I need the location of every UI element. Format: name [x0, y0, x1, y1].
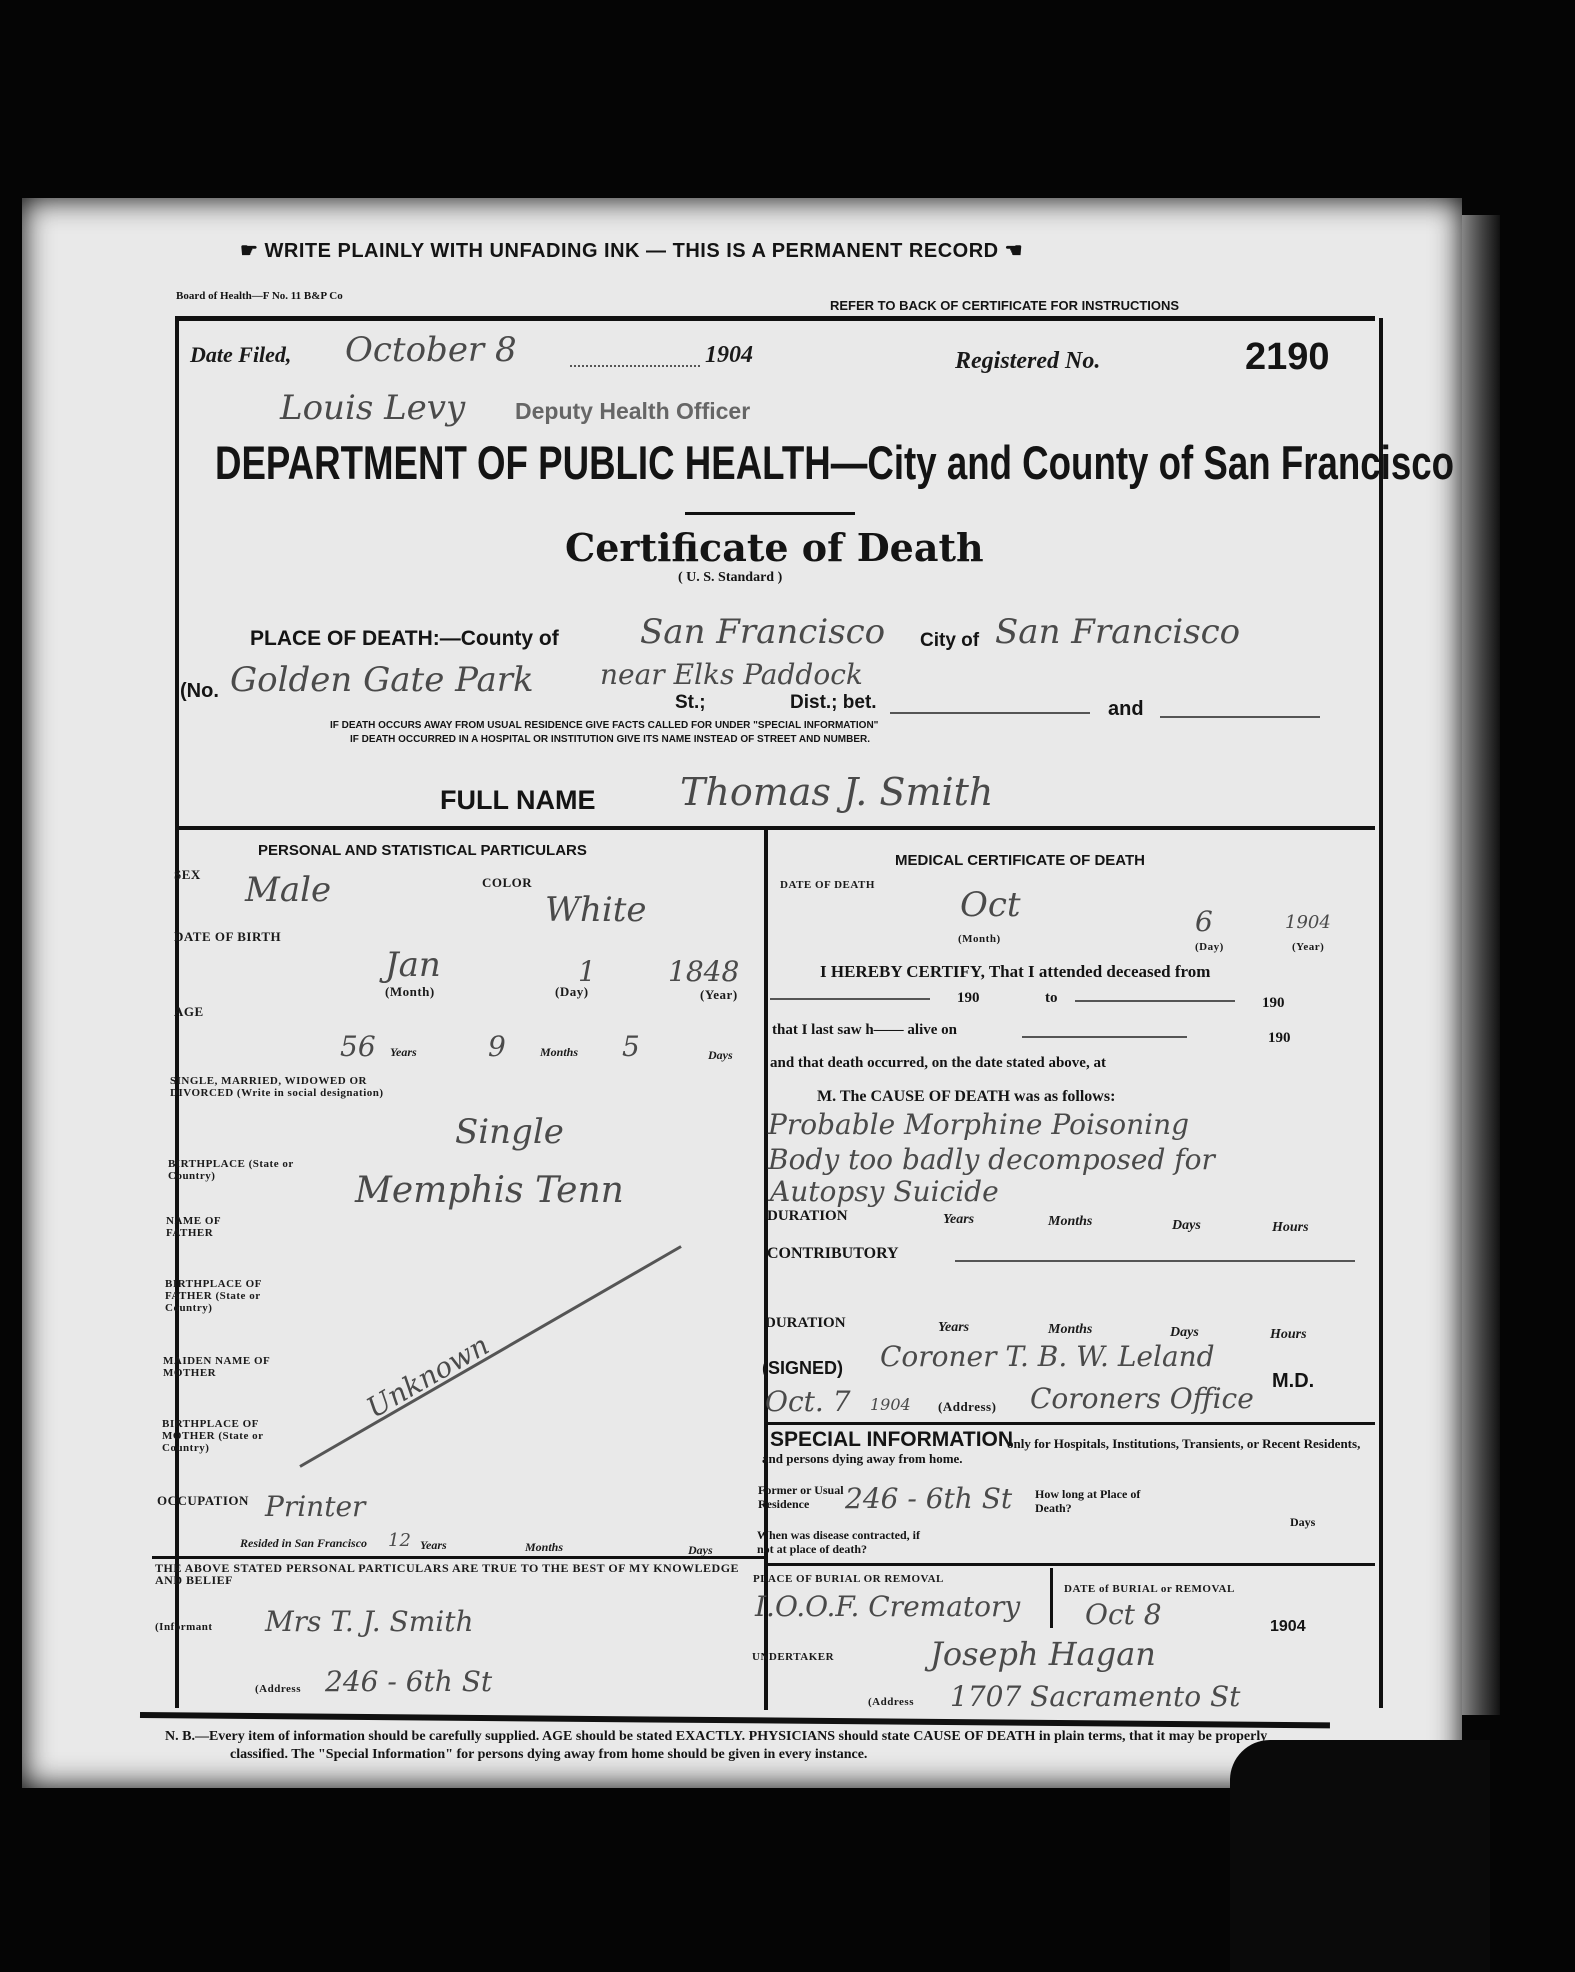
near-value: near Elks Paddock [600, 658, 863, 691]
standard-note: ( U. S. Standard ) [678, 570, 782, 586]
age-label: AGE [174, 1005, 204, 1019]
burial-place-label: PLACE OF BURIAL OR REMOVAL [753, 1572, 944, 1586]
duration-2-days: Days [1170, 1325, 1199, 1341]
personal-heading: PERSONAL AND STATISTICAL PARTICULARS [258, 842, 587, 859]
duration-1-years: Years [943, 1212, 974, 1228]
full-name-label: FULL NAME [440, 785, 596, 816]
no-label: (No. [180, 680, 219, 703]
birthplace-value: Memphis Tenn [355, 1170, 624, 1211]
signed-date: Oct. 7 [765, 1385, 851, 1418]
medical-heading: MEDICAL CERTIFICATE OF DEATH [895, 852, 1145, 869]
duration-1-days: Days [1172, 1218, 1201, 1234]
pointing-hand-icon: ☛ [240, 240, 265, 262]
occupation-rule [152, 1556, 764, 1559]
signed-address-label: (Address) [938, 1400, 996, 1414]
mother-birthplace-label: BIRTHPLACE OF MOTHER (State or Country) [162, 1418, 302, 1454]
corner-shadow [1230, 1740, 1490, 1972]
attestation-text: THE ABOVE STATED PERSONAL PARTICULARS AR… [155, 1562, 755, 1586]
signed-address-value: Coroners Office [1030, 1382, 1254, 1415]
to-190: 190 [1262, 995, 1285, 1012]
informant-address-label: (Address [255, 1682, 301, 1696]
and-line [1160, 716, 1320, 718]
signed-value: Coroner T. B. W. Leland [880, 1340, 1215, 1373]
dob-day-caption: (Day) [555, 985, 589, 999]
dob-year-caption: (Year) [700, 988, 738, 1002]
banner-text: WRITE PLAINLY WITH UNFADING INK — THIS I… [265, 240, 999, 262]
duration-label-1: DURATION [767, 1208, 848, 1225]
color-value: White [545, 890, 647, 930]
duration-1-hours: Hours [1272, 1220, 1309, 1236]
dob-month-caption: (Month) [385, 985, 435, 999]
officer-signature: Louis Levy [280, 388, 465, 428]
signed-year: 1904 [870, 1395, 911, 1414]
age-months: 9 [488, 1030, 506, 1063]
dist-label: Dist.; bet. [790, 692, 877, 714]
father-name-label: NAME OF FATHER [166, 1215, 256, 1239]
title-divider [685, 512, 855, 515]
sex-label: SEX [174, 868, 201, 882]
county-value: San Francisco [640, 612, 885, 652]
special-heading-note: only for Hospitals, Institutions, Transi… [762, 1436, 1362, 1466]
dod-day-caption: (Day) [1195, 940, 1224, 954]
age-days-caption: Days [708, 1048, 733, 1063]
st-label: St.; [675, 692, 706, 714]
md-label: M.D. [1272, 1370, 1314, 1393]
mother-name-label: MAIDEN NAME OF MOTHER [163, 1355, 283, 1379]
burial-rule [765, 1563, 1375, 1566]
cause-label: M. The CAUSE OF DEATH was as follows: [817, 1088, 1115, 1106]
date-filed-line [570, 365, 700, 367]
former-residence-label: Former or Usual Residence [758, 1483, 858, 1511]
dod-year-caption: (Year) [1292, 940, 1324, 954]
from-190: 190 [957, 990, 980, 1007]
dist-line [890, 712, 1090, 714]
death-occurred-text: and that death occurred, on the date sta… [770, 1055, 1106, 1072]
last-saw-text: that I last saw h—— alive on [772, 1022, 957, 1039]
last-saw-190: 190 [1268, 1030, 1291, 1047]
contributory-line [955, 1260, 1355, 1262]
how-long-days: Days [1290, 1515, 1315, 1530]
birthplace-label: BIRTHPLACE (State or Country) [168, 1158, 298, 1182]
age-months-caption: Months [540, 1045, 578, 1060]
date-filed-label: Date Filed, [190, 342, 291, 368]
age-years: 56 [340, 1030, 376, 1063]
dob-label: DATE OF BIRTH [174, 930, 281, 944]
street-address-value: Golden Gate Park [230, 660, 534, 700]
resided-years-caption: Years [420, 1538, 447, 1553]
city-value: San Francisco [995, 612, 1240, 652]
marital-value: Single [455, 1112, 564, 1152]
city-label: City of [920, 630, 979, 652]
dod-month: Oct [960, 885, 1021, 925]
undertaker-label: UNDERTAKER [752, 1650, 834, 1664]
residence-note-2: IF DEATH OCCURRED IN A HOSPITAL OR INSTI… [350, 734, 870, 745]
residence-note-1: IF DEATH OCCURS AWAY FROM USUAL RESIDENC… [330, 720, 878, 731]
banner: ☛ WRITE PLAINLY WITH UNFADING INK — THIS… [240, 238, 1023, 263]
instructions-note: REFER TO BACK OF CERTIFICATE FOR INSTRUC… [830, 298, 1179, 313]
last-saw-line [1022, 1036, 1187, 1038]
registered-label: Registered No. [955, 348, 1100, 375]
from-line [770, 998, 930, 1000]
to-label: to [1045, 990, 1058, 1007]
cause-line-3: Autopsy Suicide [770, 1175, 999, 1208]
cause-line-2: Body too badly decomposed for [768, 1143, 1215, 1176]
pointing-hand-icon: ☚ [999, 240, 1024, 262]
date-filed-value: October 8 [345, 330, 517, 370]
occupation-label: OCCUPATION [157, 1494, 249, 1508]
department-title: DEPARTMENT OF PUBLIC HEALTH—City and Cou… [215, 435, 1365, 490]
resided-years: 12 [388, 1530, 411, 1551]
duration-2-years: Years [938, 1320, 969, 1336]
dod-month-caption: (Month) [958, 932, 1001, 946]
undertaker-address-label: (Address [868, 1695, 914, 1709]
dob-month: Jan [385, 945, 441, 985]
cause-line-1: Probable Morphine Poisoning [768, 1108, 1189, 1141]
and-label: and [1108, 698, 1144, 721]
footer-note: N. B.—Every item of information should b… [165, 1728, 1290, 1764]
date-filed-year: 1904 [705, 342, 753, 369]
duration-1-months: Months [1048, 1214, 1092, 1230]
resided-months-caption: Months [525, 1540, 563, 1555]
full-name-rule [175, 826, 1375, 830]
certify-text: I HEREBY CERTIFY, That I attended deceas… [820, 962, 1210, 982]
burial-date-label: DATE of BURIAL or REMOVAL [1064, 1582, 1235, 1596]
department-title-text: DEPARTMENT OF PUBLIC HEALTH—City and Cou… [215, 435, 1454, 490]
dob-year: 1848 [668, 955, 739, 988]
duration-2-hours: Hours [1270, 1327, 1307, 1343]
full-name-value: Thomas J. Smith [680, 770, 993, 814]
contracted-label: When was disease contracted, if not at p… [757, 1528, 937, 1556]
burial-date-value: Oct 8 [1085, 1598, 1162, 1631]
to-line [1075, 1000, 1235, 1002]
burial-year-value: 1904 [1270, 1618, 1306, 1636]
contributory-label: CONTRIBUTORY [767, 1245, 899, 1263]
place-of-death-label: PLACE OF DEATH:—County of [250, 627, 559, 651]
duration-2-months: Months [1048, 1322, 1092, 1338]
dod-day: 6 [1195, 905, 1213, 938]
marital-label: SINGLE, MARRIED, WIDOWED OR DIVORCED (Wr… [170, 1075, 410, 1099]
undertaker-address-value: 1707 Sacramento St [950, 1680, 1240, 1713]
informant-value: Mrs T. J. Smith [265, 1605, 474, 1638]
sex-value: Male [245, 870, 331, 910]
how-long-label: How long at Place of Death? [1035, 1487, 1175, 1515]
burial-divider [1050, 1568, 1053, 1628]
officer-title: Deputy Health Officer [515, 398, 750, 425]
father-birthplace-label: BIRTHPLACE OF FATHER (State or Country) [165, 1278, 295, 1314]
occupation-value: Printer [265, 1490, 365, 1523]
dod-year: 1904 [1285, 912, 1331, 933]
dod-label: DATE OF DEATH [780, 878, 875, 892]
former-residence-value: 246 - 6th St [845, 1482, 1012, 1515]
registered-number: 2190 [1245, 336, 1330, 379]
certificate-title: Certificate of Death [565, 525, 984, 570]
informant-address-value: 246 - 6th St [325, 1665, 492, 1698]
signed-label: (SIGNED) [762, 1358, 843, 1379]
undertaker-value: Joseph Hagan [930, 1635, 1156, 1673]
resided-label: Resided in San Francisco [240, 1536, 367, 1551]
special-rule [768, 1422, 1375, 1425]
age-days: 5 [622, 1030, 640, 1063]
color-label: COLOR [482, 876, 532, 890]
burial-place-value: I.O.O.F. Crematory [755, 1590, 1020, 1623]
age-years-caption: Years [390, 1045, 417, 1060]
informant-label: (Informant [155, 1620, 213, 1634]
form-number: Board of Health—F No. 11 B&P Co [176, 290, 343, 302]
duration-label-2: DURATION [765, 1315, 846, 1332]
